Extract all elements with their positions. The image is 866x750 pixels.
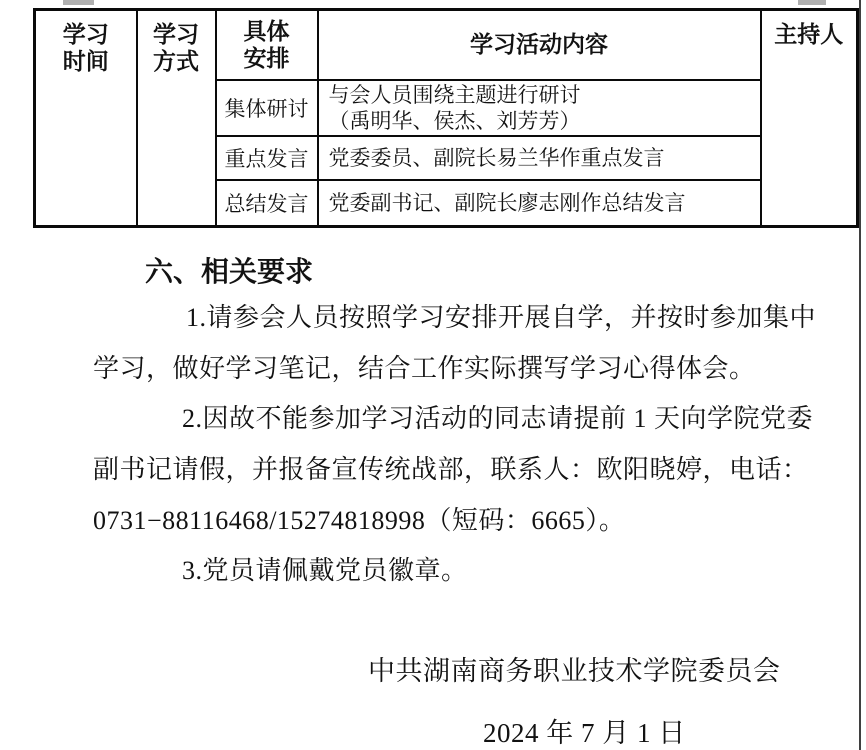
requirement-1-line-1: 1.请参会人员按照学习安排开展自学，并按时参加集中 [186,297,816,334]
requirement-1-line-2: 学习，做好学习笔记，结合工作实际撰写学习心得体会。 [93,348,756,385]
requirement-3: 3.党员请佩戴党员徽章。 [182,550,468,587]
page-edge-line [859,0,861,750]
content-summary-speech: 党委副书记、副院长廖志刚作总结发言 [318,180,761,227]
signature-date: 2024 年 7 月 1 日 [483,711,686,750]
requirement-2-phone-line: 0731−88116468/15274818998（短码：6665）。 [93,500,625,537]
arrangement-group-discussion: 集体研讨 [216,80,318,136]
table-header-row: 学习 时间 学习 方式 具体 安排 学习活动内容 主持人 [35,10,858,80]
section-heading: 六、相关要求 [145,250,313,290]
scan-artifact-top-left [63,0,94,5]
arrangement-summary-speech: 总结发言 [216,180,318,227]
header-study-time: 学习 时间 [35,10,137,227]
signature-organization: 中共湖南商务职业技术学院委员会 [368,649,781,688]
study-schedule-table: 学习 时间 学习 方式 具体 安排 学习活动内容 主持人 集体研讨 与会人员围绕… [33,8,859,228]
header-specific-arrangement: 具体 安排 [216,10,318,80]
content-key-speech: 党委委员、副院长易兰华作重点发言 [318,136,761,180]
requirement-2-line-2: 副书记请假，并报备宣传统战部，联系人：欧阳晓婷，电话： [93,449,809,486]
header-study-method: 学习 方式 [137,10,216,227]
scan-artifact-top-right [798,0,826,5]
arrangement-key-speech: 重点发言 [216,136,318,180]
content-group-discussion: 与会人员围绕主题进行研讨 （禹明华、侯杰、刘芳芳） [318,80,761,136]
header-activity-content: 学习活动内容 [318,10,761,80]
document-page: { "artifacts": { "left_block": "scan-art… [0,0,866,750]
header-host: 主持人 [761,10,858,227]
requirement-2-line-1: 2.因故不能参加学习活动的同志请提前 1 天向学院党委 [182,398,813,435]
